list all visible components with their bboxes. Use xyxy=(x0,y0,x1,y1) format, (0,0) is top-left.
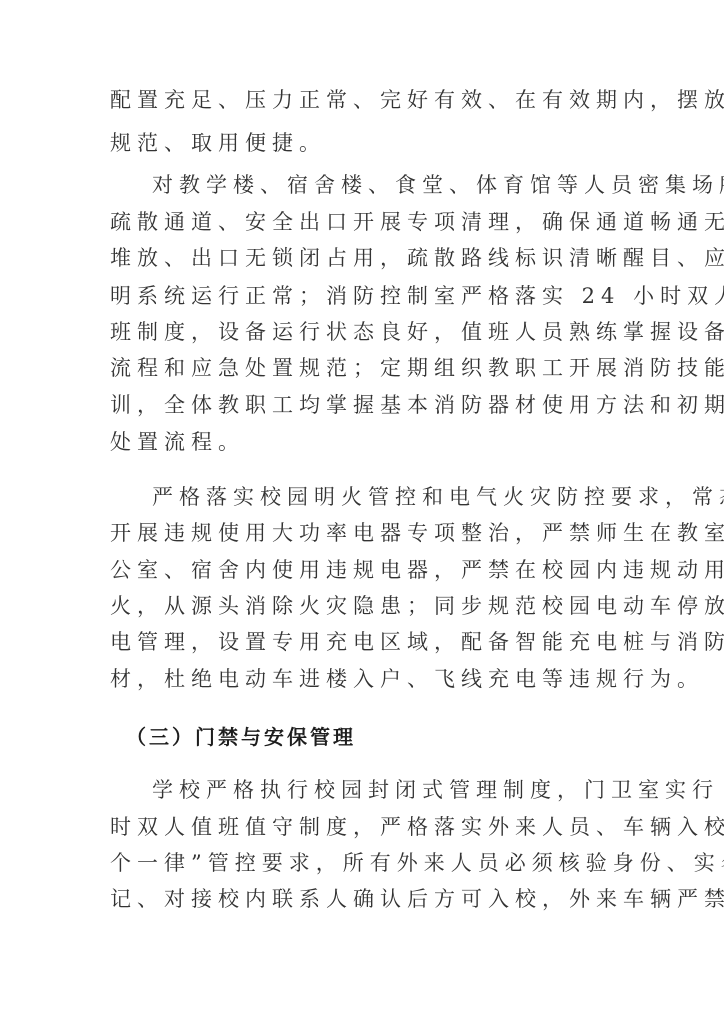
paragraph-line: 规范、取用便捷。 xyxy=(110,128,600,158)
paragraph-line: 公室、宿舍内使用违规电器，严禁在校园内违规动用明 xyxy=(110,555,600,585)
section-heading: （三）门禁与安保管理 xyxy=(126,722,356,752)
paragraph-line: 疏散通道、安全出口开展专项清理，确保通道畅通无杂物 xyxy=(110,207,600,237)
paragraph-line: 对教学楼、宿舍楼、食堂、体育馆等人员密集场所的 xyxy=(152,170,642,200)
paragraph-line: 明系统运行正常；消防控制室严格落实 24 小时双人持证值 xyxy=(110,281,600,311)
paragraph-line: 训，全体教职工均掌握基本消防器材使用方法和初期火灾 xyxy=(110,390,600,420)
paragraph-line: 班制度，设备运行状态良好，值班人员熟练掌握设备操作 xyxy=(110,317,600,347)
paragraph-line: 配置充足、压力正常、完好有效、在有效期内，摆放位置 xyxy=(110,85,600,115)
paragraph-line: 时双人值班值守制度，严格落实外来人员、车辆入校“五 xyxy=(110,812,600,842)
paragraph-line: 开展违规使用大功率电器专项整治，严禁师生在教室、办 xyxy=(110,518,600,548)
paragraph-line: 学校严格执行校园封闭式管理制度，门卫室实行 24 小 xyxy=(152,775,642,805)
document-page: 配置充足、压力正常、完好有效、在有效期内，摆放位置 规范、取用便捷。 对教学楼、… xyxy=(0,0,724,1024)
paragraph-line: 严格落实校园明火管控和电气火灾防控要求，常态化 xyxy=(152,482,642,512)
paragraph-line: 记、对接校内联系人确认后方可入校，外来车辆严禁进入 xyxy=(110,884,600,914)
paragraph-line: 个一律”管控要求，所有外来人员必须核验身份、实名登 xyxy=(110,848,600,878)
paragraph-line: 电管理，设置专用充电区域，配备智能充电桩与消防器 xyxy=(110,627,600,657)
paragraph-line: 处置流程。 xyxy=(110,427,600,457)
paragraph-line: 流程和应急处置规范；定期组织教职工开展消防技能培 xyxy=(110,353,600,383)
paragraph-line: 材，杜绝电动车进楼入户、飞线充电等违规行为。 xyxy=(110,664,600,694)
paragraph-line: 堆放、出口无锁闭占用，疏散路线标识清晰醒目、应急照 xyxy=(110,243,600,273)
paragraph-line: 火，从源头消除火灾隐患；同步规范校园电动车停放与充 xyxy=(110,591,600,621)
